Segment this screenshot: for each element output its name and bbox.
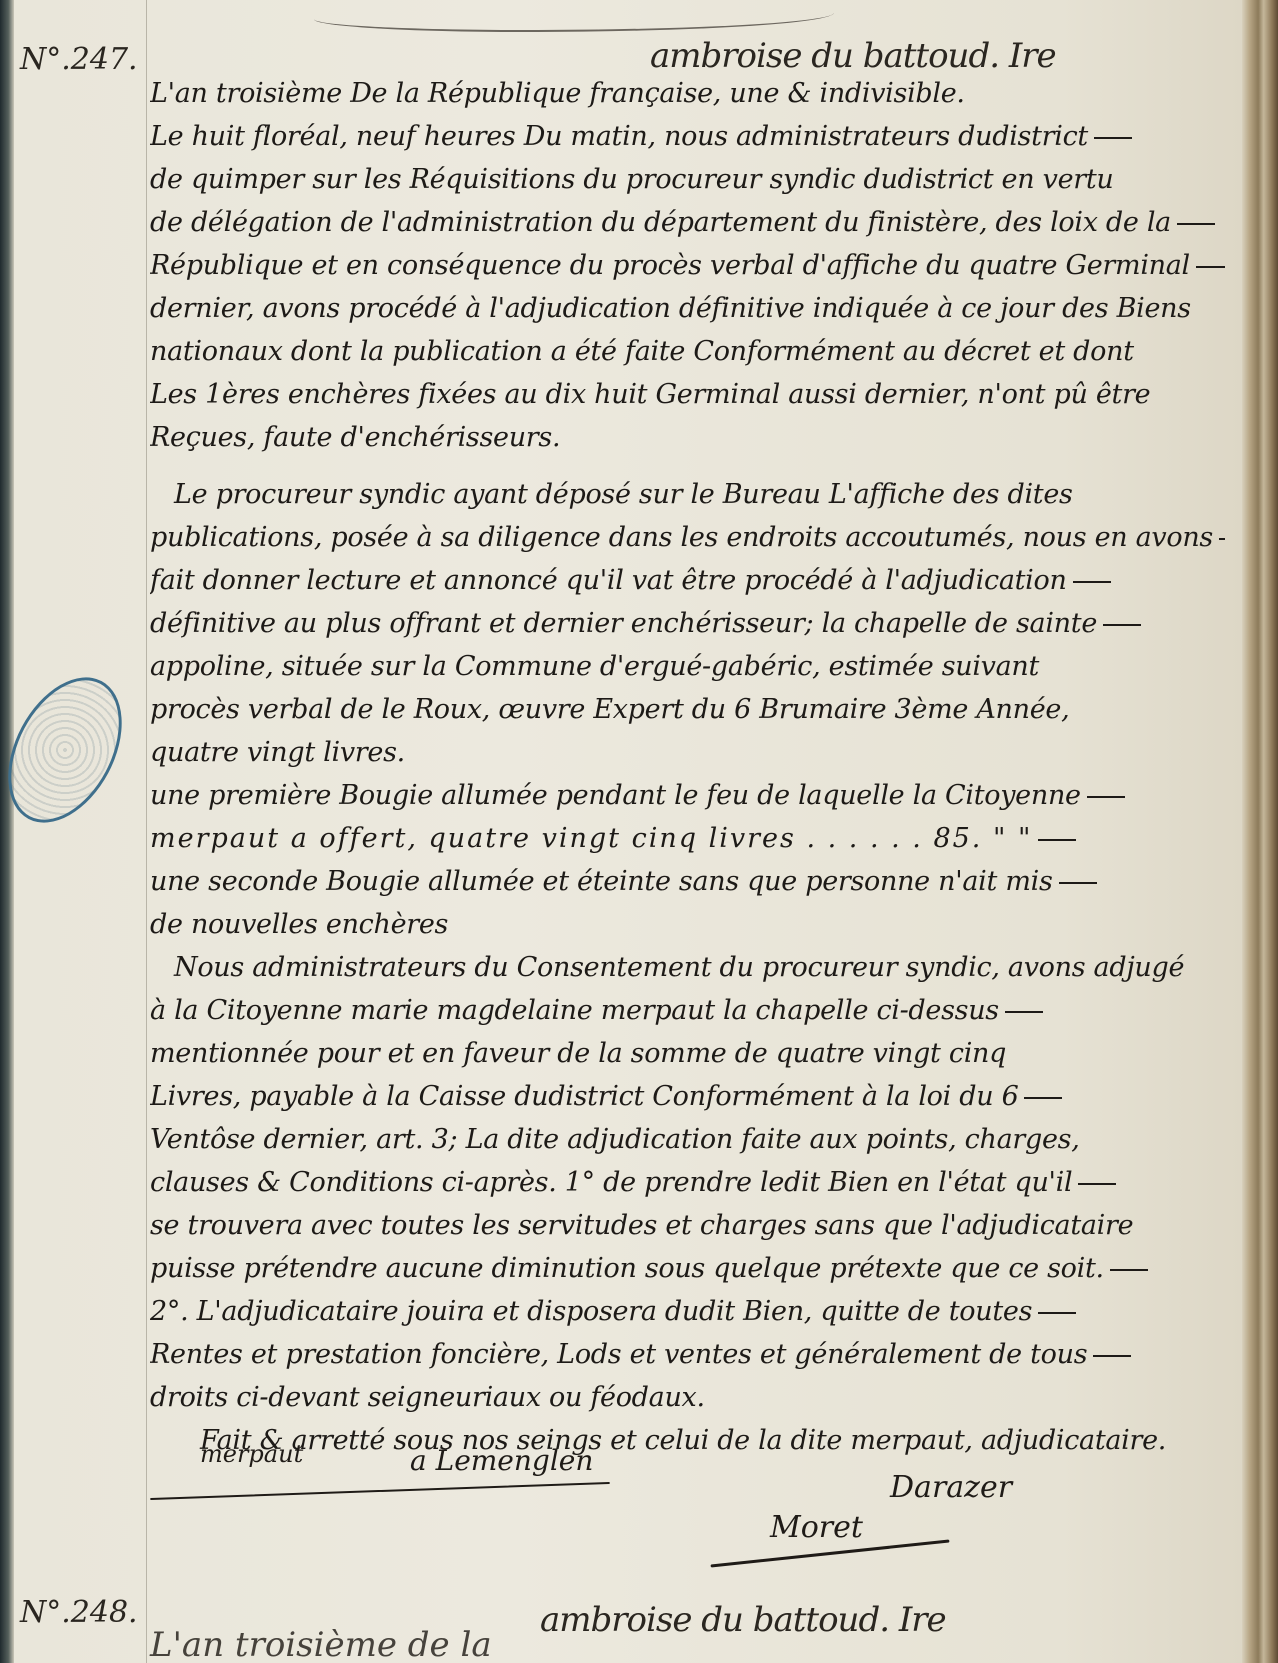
text-line: Ventôse dernier, art. 3; La dite adjudic… bbox=[150, 1118, 1225, 1161]
line-filler-dash bbox=[1219, 538, 1225, 540]
line-text: procès verbal de le Roux, œuvre Expert d… bbox=[150, 694, 1069, 725]
line-text: 2°. L'adjudicataire jouira et disposera … bbox=[150, 1296, 1032, 1327]
signature-merpaut: merpaut bbox=[200, 1440, 303, 1468]
line-text: merpaut a offert, quatre vingt cinq livr… bbox=[150, 823, 1032, 854]
bid-amount-line: merpaut a offert, quatre vingt cinq livr… bbox=[150, 817, 1225, 860]
line-filler-dash bbox=[1005, 1011, 1043, 1013]
text-line: Livres, payable à la Caisse dudistrict C… bbox=[150, 1075, 1225, 1118]
text-line: Le huit floréal, neuf heures Du matin, n… bbox=[150, 115, 1225, 158]
line-filler-dash bbox=[1073, 581, 1111, 583]
text-line: définitive au plus offrant et dernier en… bbox=[150, 602, 1225, 645]
line-filler-dash bbox=[1038, 1312, 1076, 1314]
text-line: clauses & Conditions ci-après. 1° de pre… bbox=[150, 1161, 1225, 1204]
line-text: droits ci-devant seigneuriaux ou féodaux… bbox=[150, 1382, 705, 1413]
line-filler-dash bbox=[1110, 1269, 1148, 1271]
line-text: mentionnée pour et en faveur de la somme… bbox=[150, 1038, 1006, 1069]
line-text: Rentes et prestation foncière, Lods et v… bbox=[150, 1339, 1087, 1370]
line-text: clauses & Conditions ci-après. 1° de pre… bbox=[150, 1167, 1072, 1198]
line-text: Reçues, faute d'enchérisseurs. bbox=[150, 422, 560, 453]
entry-header-name: ambroise du battoud. Ire bbox=[650, 36, 1056, 76]
text-line: Reçues, faute d'enchérisseurs. bbox=[150, 416, 1225, 459]
line-text: une seconde Bougie allumée et éteinte sa… bbox=[150, 866, 1053, 897]
text-line: Les 1ères enchères fixées au dix huit Ge… bbox=[150, 373, 1225, 416]
line-filler-dash bbox=[1078, 1183, 1116, 1185]
top-flourish-decoration bbox=[314, 0, 834, 32]
line-text: une première Bougie allumée pendant le f… bbox=[150, 780, 1081, 811]
entry-248-first-line: L'an troisième de la bbox=[150, 1625, 492, 1663]
entry-header-name-248: ambroise du battoud. Ire bbox=[540, 1600, 946, 1640]
line-filler-dash bbox=[1024, 1097, 1062, 1099]
line-text: Le procureur syndic ayant déposé sur le … bbox=[174, 479, 1073, 510]
line-text: de quimper sur les Réquisitions du procu… bbox=[150, 164, 1114, 195]
signature-darazer: Darazer bbox=[890, 1470, 1012, 1505]
line-text: quatre vingt livres. bbox=[150, 737, 405, 768]
text-line: République et en conséquence du procès v… bbox=[150, 244, 1225, 287]
text-line: mentionnée pour et en faveur de la somme… bbox=[150, 1032, 1225, 1075]
line-text: fait donner lecture et annoncé qu'il vat… bbox=[150, 565, 1067, 596]
line-text: de nouvelles enchères bbox=[150, 909, 448, 940]
line-text: à la Citoyenne marie magdelaine merpaut … bbox=[150, 995, 999, 1026]
text-line: 2°. L'adjudicataire jouira et disposera … bbox=[150, 1290, 1225, 1333]
text-line: une seconde Bougie allumée et éteinte sa… bbox=[150, 860, 1225, 903]
text-line: à la Citoyenne marie magdelaine merpaut … bbox=[150, 989, 1225, 1032]
text-line: se trouvera avec toutes les servitudes e… bbox=[150, 1204, 1225, 1247]
text-line: une première Bougie allumée pendant le f… bbox=[150, 774, 1225, 817]
text-line: de délégation de l'administration du dép… bbox=[150, 201, 1225, 244]
text-line: quatre vingt livres. bbox=[150, 731, 1225, 774]
margin-rule bbox=[146, 0, 147, 1663]
line-text: Ventôse dernier, art. 3; La dite adjudic… bbox=[150, 1124, 1079, 1155]
signature-flourish bbox=[150, 1482, 610, 1500]
line-text: dernier, avons procédé à l'adjudication … bbox=[150, 293, 1191, 324]
text-line: appoline, située sur la Commune d'ergué-… bbox=[150, 645, 1225, 688]
line-filler-dash bbox=[1059, 882, 1097, 884]
text-line: dernier, avons procédé à l'adjudication … bbox=[150, 287, 1225, 330]
line-filler-dash bbox=[1038, 839, 1076, 841]
line-filler-dash bbox=[1087, 796, 1125, 798]
line-text: nationaux dont la publication a été fait… bbox=[150, 336, 1134, 367]
text-line: droits ci-devant seigneuriaux ou féodaux… bbox=[150, 1376, 1225, 1419]
text-line: procès verbal de le Roux, œuvre Expert d… bbox=[150, 688, 1225, 731]
line-filler-dash bbox=[1093, 1355, 1131, 1357]
entry-number-247: N°.247. bbox=[20, 42, 138, 77]
line-text: se trouvera avec toutes les servitudes e… bbox=[150, 1210, 1133, 1241]
entry-number-248: N°.248. bbox=[20, 1595, 138, 1630]
line-text: L'an troisième De la République français… bbox=[150, 78, 965, 109]
line-text: Le huit floréal, neuf heures Du matin, n… bbox=[150, 121, 1088, 152]
line-filler-dash bbox=[1196, 266, 1225, 268]
line-text: définitive au plus offrant et dernier en… bbox=[150, 608, 1097, 639]
text-line: L'an troisième De la République français… bbox=[150, 72, 1225, 115]
line-filler-dash bbox=[1103, 624, 1141, 626]
line-filler-dash bbox=[1094, 137, 1132, 139]
line-filler-dash bbox=[1177, 223, 1215, 225]
text-line: Le procureur syndic ayant déposé sur le … bbox=[150, 473, 1225, 516]
line-text: Nous administrateurs du Consentement du … bbox=[174, 952, 1184, 983]
line-text: République et en conséquence du procès v… bbox=[150, 250, 1190, 281]
text-line: Nous administrateurs du Consentement du … bbox=[150, 946, 1225, 989]
text-line: de nouvelles enchères bbox=[150, 903, 1225, 946]
text-line: fait donner lecture et annoncé qu'il vat… bbox=[150, 559, 1225, 602]
line-text: Livres, payable à la Caisse dudistrict C… bbox=[150, 1081, 1018, 1112]
text-line: nationaux dont la publication a été fait… bbox=[150, 330, 1225, 373]
line-text: puisse prétendre aucune diminution sous … bbox=[150, 1253, 1104, 1284]
text-line: publications, posée à sa diligence dans … bbox=[150, 516, 1225, 559]
book-binding bbox=[1242, 0, 1278, 1663]
entry-247-body: L'an troisième De la République français… bbox=[150, 72, 1225, 1462]
text-line: de quimper sur les Réquisitions du procu… bbox=[150, 158, 1225, 201]
page-left-edge bbox=[0, 0, 14, 1663]
signature-area: merpaut a Lemenglen Moret Darazer bbox=[150, 1440, 1210, 1560]
line-text: Les 1ères enchères fixées au dix huit Ge… bbox=[150, 379, 1150, 410]
text-line: puisse prétendre aucune diminution sous … bbox=[150, 1247, 1225, 1290]
line-text: publications, posée à sa diligence dans … bbox=[150, 522, 1213, 553]
line-text: appoline, située sur la Commune d'ergué-… bbox=[150, 651, 1039, 682]
text-line: Rentes et prestation foncière, Lods et v… bbox=[150, 1333, 1225, 1376]
line-text: de délégation de l'administration du dép… bbox=[150, 207, 1171, 238]
signature-moret: Moret bbox=[770, 1510, 863, 1545]
signature-lemenglen: a Lemenglen bbox=[410, 1444, 593, 1477]
